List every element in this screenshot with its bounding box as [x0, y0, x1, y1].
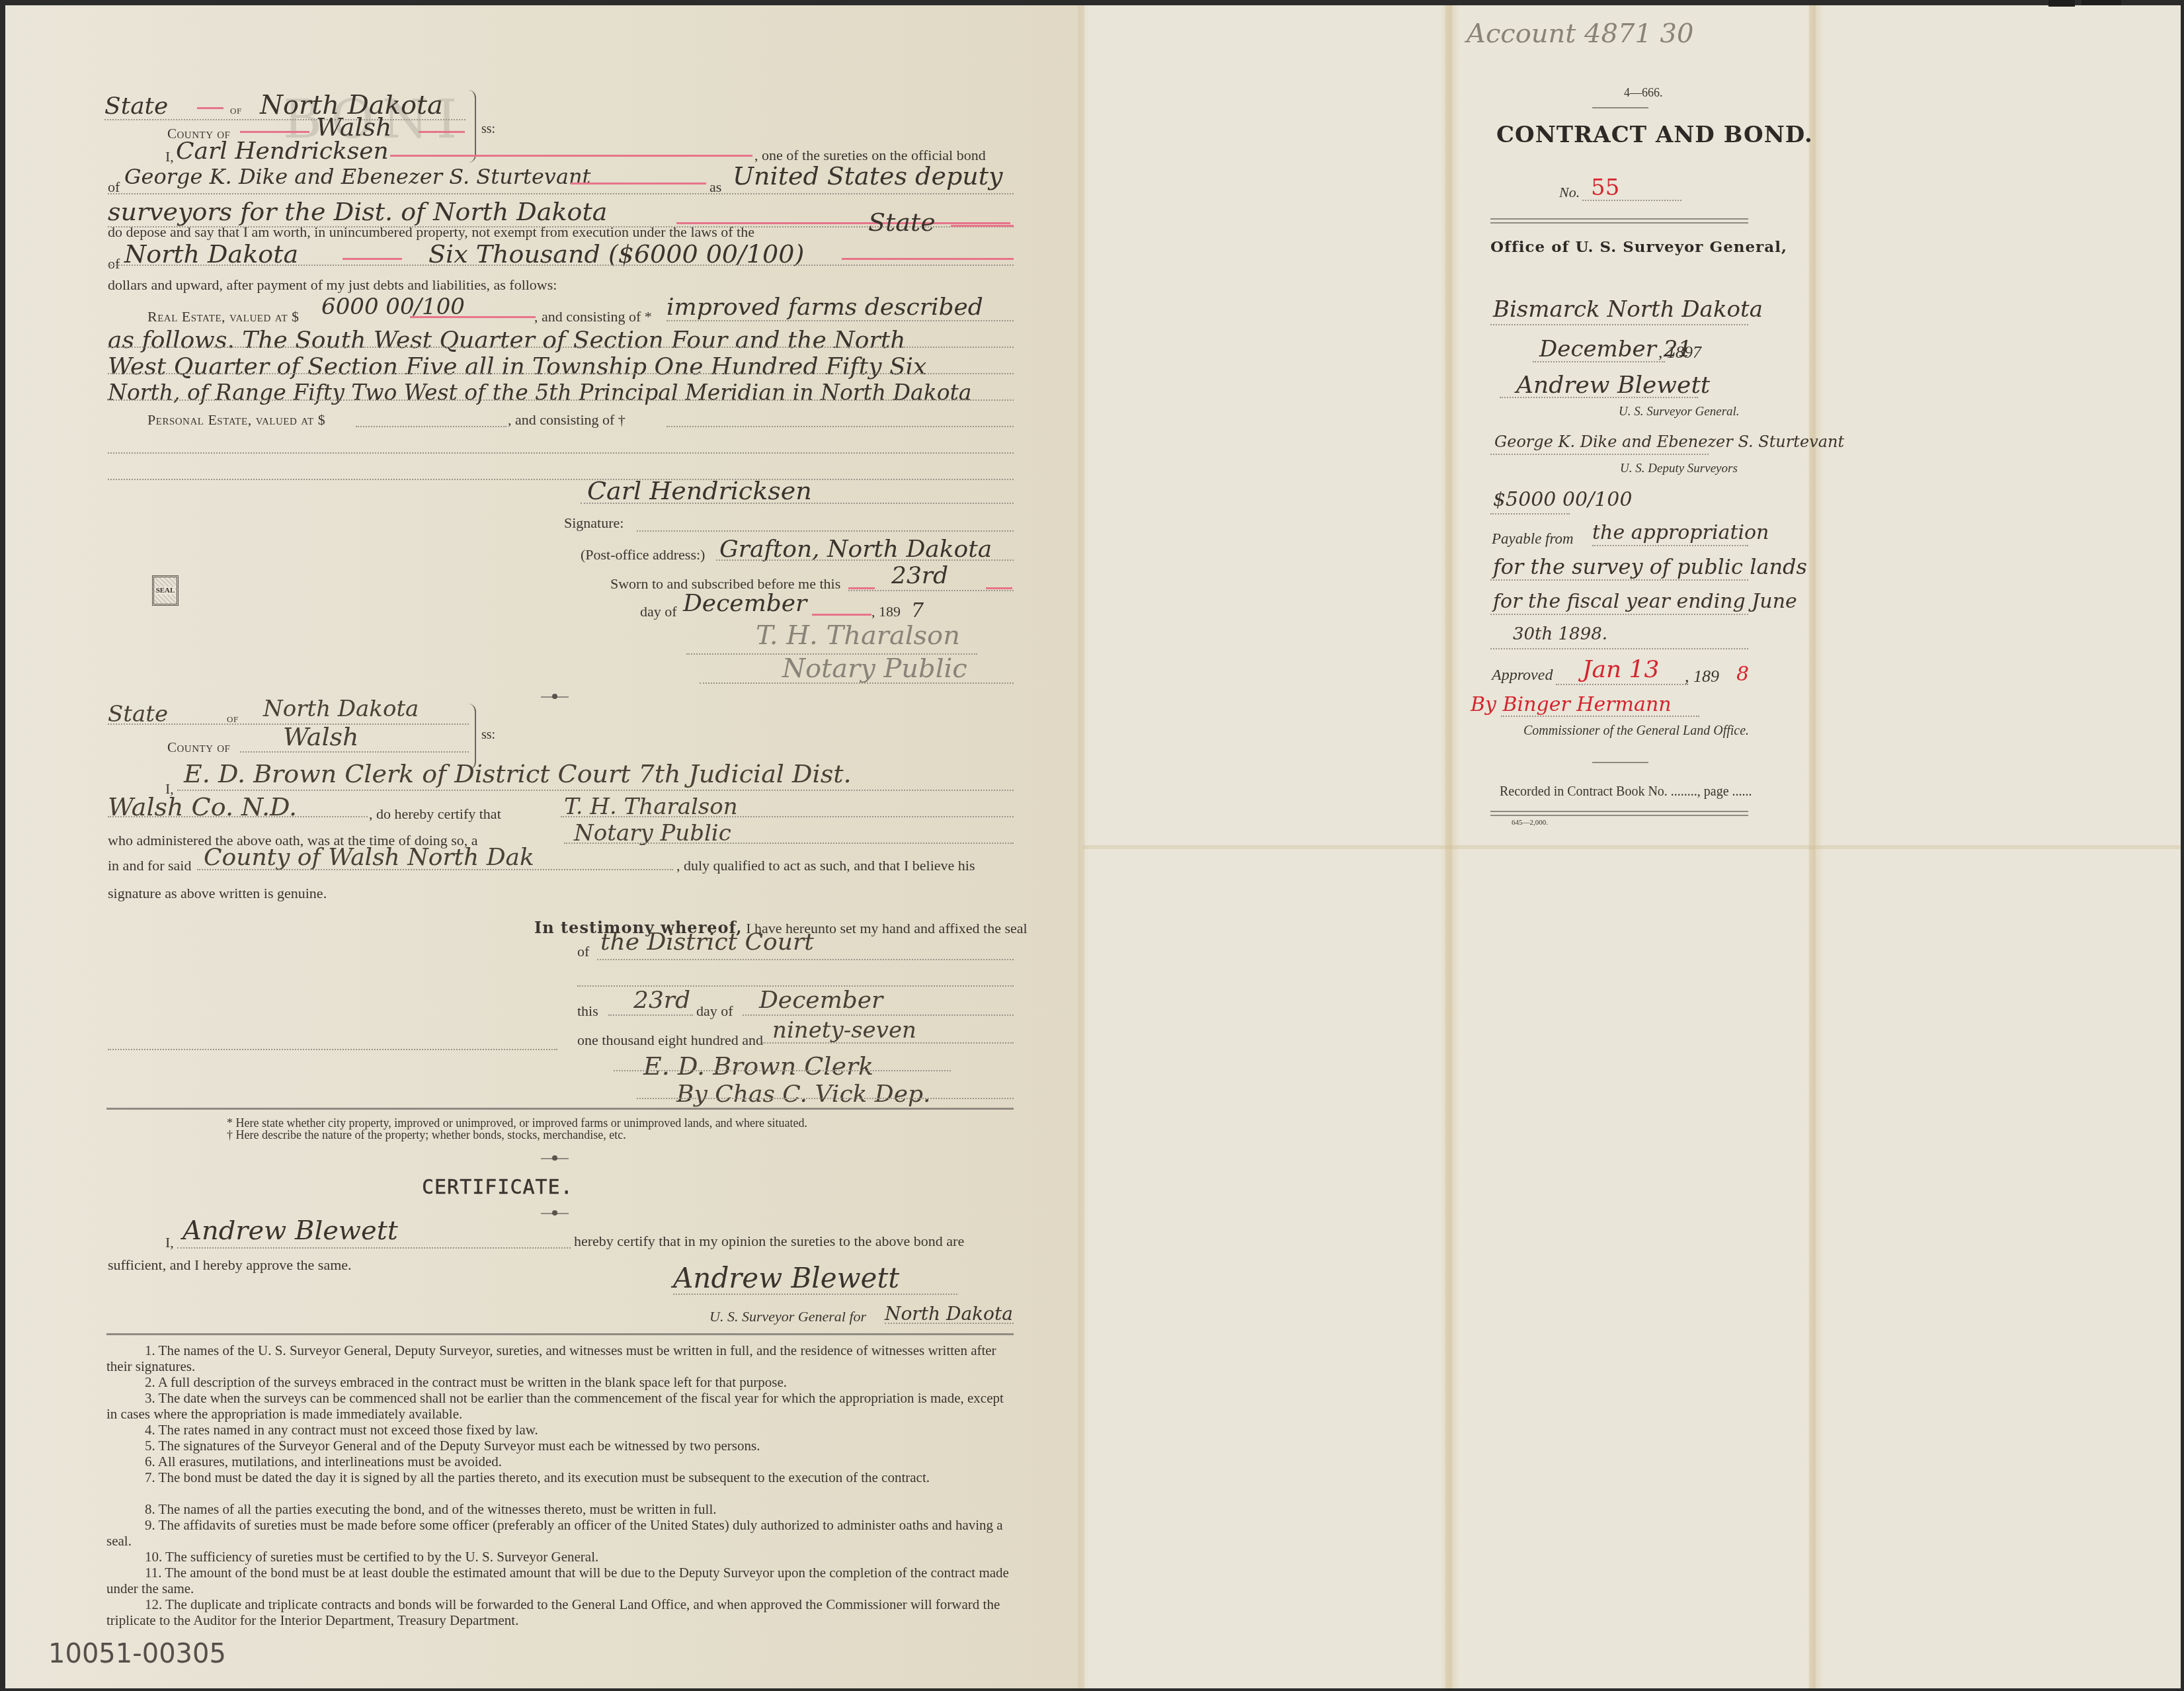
fill-line	[177, 1247, 571, 1249]
ss-label: ss:	[481, 727, 495, 743]
fill-line	[108, 479, 1014, 480]
fill-line	[743, 1014, 1014, 1016]
seal-label: SEAL	[155, 587, 176, 595]
section-rule	[106, 1333, 1014, 1335]
surety-signature: Carl Hendricksen	[587, 476, 812, 505]
real-estate-label: Real Estate, valued at $	[147, 308, 300, 325]
approved-year-suffix: 8	[1736, 663, 1749, 686]
place-field[interactable]: Bismarck North Dakota	[1493, 296, 1763, 323]
laws-of-field[interactable]: State	[868, 208, 936, 237]
certificate-title: CERTIFICATE.	[422, 1176, 573, 1199]
certify-label: , do hereby certify that	[369, 805, 501, 823]
title-rule	[1592, 762, 1648, 763]
surety-name-field[interactable]: Carl Hendricksen	[176, 138, 389, 165]
payable-line[interactable]: 30th 1898.	[1513, 624, 1607, 644]
instruction-item: 3. The date when the surveys can be comm…	[106, 1390, 1014, 1422]
consisting-label: , and consisting of *	[534, 308, 652, 325]
certifier-name-field[interactable]: Andrew Blewett	[182, 1216, 398, 1246]
red-rule	[343, 258, 402, 260]
fill-line	[1490, 648, 1748, 649]
surveyor-general-title: U. S. Surveyor General.	[1619, 405, 1740, 419]
title-rule	[1592, 107, 1648, 108]
qualified-label: , duly qualified to act as such, and tha…	[676, 857, 975, 874]
instruction-item: 7. The bond must be dated the day it is …	[106, 1469, 1014, 1485]
state-prefix: State	[104, 93, 168, 120]
fill-line	[885, 1323, 1014, 1324]
sworn-month-field[interactable]: December	[683, 590, 807, 617]
fill-line	[673, 1294, 957, 1295]
year-label: one thousand eight hundred and	[577, 1032, 763, 1049]
fill-line	[1501, 716, 1699, 717]
contract-no-field[interactable]: 55	[1591, 175, 1619, 201]
red-rule	[812, 614, 871, 616]
archive-number: 10051-00305	[48, 1639, 226, 1669]
county-value: Walsh	[283, 722, 359, 751]
year-suffix: 7	[911, 599, 924, 622]
fill-line	[197, 869, 673, 870]
surveyor-general-signature: Andrew Blewett	[1516, 372, 1710, 399]
notary-signature: T. H. Tharalson	[756, 620, 960, 651]
document-sheet: BONI State of North Dakota ss: County of…	[5, 5, 2181, 1688]
red-rule	[197, 107, 223, 109]
fill-line	[1490, 513, 1570, 515]
red-rule	[410, 316, 536, 318]
fill-line	[597, 959, 1014, 960]
fill-line	[1490, 614, 1748, 615]
instruction-item: 10. The sufficiency of sureties must be …	[106, 1549, 1014, 1565]
fill-line	[240, 751, 469, 753]
capacity-field-line2[interactable]: surveyors for the Dist. of North Dakota	[108, 197, 607, 226]
clerk-signature: E. D. Brown Clerk	[643, 1052, 873, 1081]
signature-label: Signature:	[564, 515, 624, 532]
clerk-name-field[interactable]: E. D. Brown Clerk of District Court 7th …	[184, 759, 852, 788]
payable-label: Payable from	[1492, 530, 1574, 548]
fill-line	[108, 399, 1014, 401]
ornament-divider	[541, 1213, 569, 1214]
deputies-title: U. S. Deputy Surveyors	[1620, 462, 1738, 476]
seal-of-field[interactable]: the District Court	[600, 928, 814, 956]
instruction-item: 11. The amount of the bond must be at le…	[106, 1565, 1014, 1596]
fill-line	[564, 843, 1014, 844]
genuine-label: signature as above written is genuine.	[108, 885, 327, 902]
state-value: North Dakota	[263, 696, 419, 722]
county-label: County of	[167, 739, 230, 756]
fill-line	[108, 193, 1014, 194]
ornament-divider	[541, 1158, 569, 1159]
year-field[interactable]: ninety-seven	[772, 1017, 916, 1044]
double-rule	[1490, 218, 1748, 224]
red-rule	[986, 587, 1012, 589]
brace	[468, 90, 476, 163]
fill-line	[108, 373, 1014, 374]
instruction-item: 2. A full description of the surveys emb…	[106, 1374, 1014, 1390]
personal-estate-value-field[interactable]	[356, 426, 506, 427]
fill-line	[1592, 545, 1748, 546]
fill-line	[716, 559, 1014, 561]
approved-date-field[interactable]: Jan 13	[1582, 656, 1659, 683]
post-office-label: (Post-office address:)	[581, 546, 705, 563]
fill-line	[1490, 579, 1748, 581]
fill-line	[108, 1049, 557, 1050]
i-label: I,	[165, 148, 174, 165]
personal-consisting-field[interactable]	[667, 426, 1014, 427]
recorded-text: Recorded in Contract Book No. ........, …	[1500, 784, 1752, 800]
sufficient-text: sufficient, and I hereby approve the sam…	[108, 1257, 352, 1274]
approved-label: Approved	[1492, 667, 1553, 684]
instruction-item: 9. The affidavits of sureties must be ma…	[106, 1517, 1014, 1549]
instruction-item: 5. The signatures of the Surveyor Genera…	[106, 1438, 1014, 1454]
red-rule	[951, 225, 1014, 227]
payable-line[interactable]: the appropriation	[1592, 521, 1769, 544]
red-rule	[419, 131, 465, 133]
cover-title: CONTRACT AND BOND.	[1496, 122, 1813, 148]
paper-damage	[2048, 0, 2075, 7]
double-rule	[1490, 811, 1748, 816]
seal-mark: SEAL	[152, 575, 179, 606]
sworn-day-field[interactable]: 23rd	[891, 562, 948, 589]
deputies-signature: George K. Dike and Ebenezer S. Sturtevan…	[1494, 433, 1844, 451]
state-of-label: of	[230, 103, 242, 117]
i-label: I,	[165, 1234, 174, 1251]
commissioner-signature: By Binger Hermann	[1471, 693, 1672, 716]
capacity-field-line1[interactable]: United States deputy	[733, 161, 1002, 190]
personal-consisting-label: , and consisting of †	[508, 411, 626, 429]
instruction-item: 6. All erasures, mutilations, and interl…	[106, 1454, 1014, 1469]
fill-line	[1556, 684, 1688, 685]
fill-line	[700, 682, 1014, 684]
depose-text: do depose and say that I am worth, in un…	[108, 224, 754, 241]
commissioner-title: Commissioner of the General Land Office.	[1523, 723, 1749, 739]
principals-field[interactable]: George K. Dike and Ebenezer S. Sturtevan…	[124, 164, 590, 189]
payable-line[interactable]: for the survey of public lands	[1493, 554, 1807, 579]
dollars-text: dollars and upward, after payment of my …	[108, 276, 557, 294]
month-field[interactable]: December	[759, 987, 883, 1014]
office-heading: Office of U. S. Surveyor General,	[1490, 238, 1787, 256]
this-label: this	[577, 1003, 598, 1020]
payable-line[interactable]: for the fiscal year ending June	[1493, 590, 1797, 613]
contract-no-label: No.	[1559, 184, 1580, 201]
red-rule	[240, 131, 309, 133]
print-run: 645—2,000.	[1512, 819, 1548, 827]
ornament-divider	[541, 696, 569, 698]
instruction-item: 8. The names of all the parties executin…	[106, 1501, 1014, 1517]
fill-line	[614, 1070, 951, 1071]
fill-line	[108, 347, 1014, 348]
fill-line	[762, 1042, 1014, 1044]
real-estate-desc-line[interactable]: improved farms described	[667, 294, 983, 321]
instruction-item: 12. The duplicate and triplicate contrac…	[106, 1596, 1014, 1628]
day-of-label: day of	[640, 603, 677, 620]
ss-label: ss:	[481, 122, 495, 137]
certify-text: hereby certify that in my opinion the su…	[574, 1233, 964, 1250]
real-estate-desc-line[interactable]: North, of Range Fifty Two West of the 5t…	[108, 380, 971, 405]
fill-line	[667, 320, 1014, 321]
fill-line	[108, 265, 1014, 266]
certifier-signature: Andrew Blewett	[673, 1262, 899, 1294]
fill-line	[1582, 200, 1681, 201]
date-year: , 1897	[1658, 343, 1701, 362]
footnote: † Here describe the nature of the proper…	[227, 1128, 626, 1142]
pencil-note: Account 4871 30	[1467, 19, 1694, 49]
fill-line	[104, 119, 465, 120]
section-rule	[106, 1108, 1014, 1110]
paper-damage	[2082, 0, 2121, 5]
year-prefix: , 189	[871, 603, 901, 620]
fold-line	[1083, 845, 2181, 849]
fill-line	[581, 503, 1014, 504]
fill-line	[108, 452, 1014, 454]
fill-line	[637, 1098, 1014, 1099]
fill-line	[108, 816, 368, 817]
notary-title: Notary Public	[782, 653, 967, 684]
deputy-signature: By Chas C. Vick Dep.	[676, 1081, 930, 1108]
jurisdiction-field[interactable]: County of Walsh North Dak	[204, 844, 534, 871]
instruction-item: 4. The rates named in any contract must …	[106, 1422, 1014, 1438]
form-number: 4—666.	[1624, 86, 1663, 100]
fill-line	[848, 590, 1014, 591]
fill-line	[177, 790, 1014, 791]
approved-year-prefix: , 189	[1685, 667, 1719, 686]
of-label-2: of	[108, 255, 120, 272]
personal-estate-label: Personal Estate, valued at $	[147, 411, 325, 429]
instruction-item: 1. The names of the U. S. Surveyor Gener…	[106, 1342, 1014, 1374]
certifier-title: U. S. Surveyor General for	[709, 1308, 866, 1325]
fill-line	[1490, 324, 1748, 325]
day-field[interactable]: 23rd	[633, 987, 690, 1014]
in-and-for-label: in and for said	[108, 857, 191, 874]
real-estate-desc-line[interactable]: West Quarter of Section Five all in Town…	[108, 353, 926, 380]
real-estate-desc-line[interactable]: as follows. The South West Quarter of Se…	[108, 327, 905, 354]
fill-line	[1533, 361, 1665, 362]
fill-line	[561, 816, 1014, 817]
fill-line	[1500, 397, 1698, 398]
fill-line	[608, 1014, 693, 1016]
post-office-field[interactable]: Grafton, North Dakota	[719, 536, 992, 563]
fill-line	[637, 530, 1014, 532]
red-rule	[842, 258, 1014, 260]
day-of-label: day of	[696, 1003, 733, 1020]
of-label: of	[577, 943, 589, 960]
red-rule	[571, 183, 706, 185]
certifier-jurisdiction: North Dakota	[885, 1303, 1013, 1325]
fill-line	[1490, 454, 1709, 455]
red-rule	[390, 155, 752, 157]
red-rule	[848, 587, 875, 589]
bond-amount-field[interactable]: $5000 00/100	[1493, 488, 1633, 511]
